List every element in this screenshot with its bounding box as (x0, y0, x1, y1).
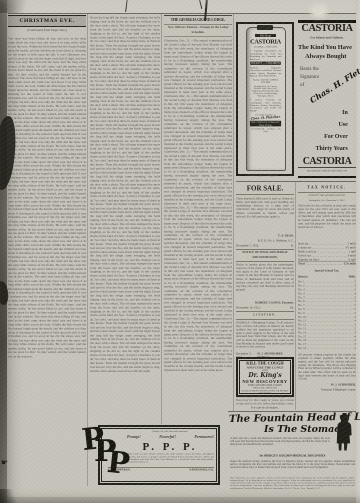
table-row: No. 7...................................… (298, 303, 356, 307)
col4-extra: If you have never used Dr. King's New Di… (236, 395, 294, 412)
castoria-kind-line1: The Kind You Have (298, 44, 356, 53)
body-text: The snow had been falling all day, and n… (8, 37, 86, 359)
bottle-caption: Exact Copy of Wrapper. (236, 174, 290, 180)
mills-header: Mills. (349, 275, 356, 279)
castoria-brand: CASTORIA (298, 23, 356, 34)
label-drops: 900 Drops (255, 34, 276, 37)
dr-kings-brand: Dr. King's (240, 372, 290, 379)
tax-dateline-text: Springfield, Ga., December 2, 1912. (298, 199, 356, 202)
for-sale-section: FOR SALE. Three hundred (300) acres of l… (236, 184, 294, 250)
fountain-ad: The Fountain Head of Life Is The Stomach… (228, 413, 357, 500)
tax-signature-title: Treasurer Effingham County. (298, 388, 356, 393)
body-text: Charleston, Dec. 11.—The annual communic… (164, 39, 232, 372)
bottle-cap (257, 25, 273, 30)
discharge-heading-line2: AND DISMISSION. (236, 255, 294, 260)
dr-kings-ad: KILL THE COUGH AND CURE THE LUNGS WITH D… (236, 357, 294, 397)
district-header: District. (298, 275, 308, 279)
citation-heading-text: CITATION. (236, 312, 294, 318)
school-tax-heading-text: Special School Tax. (298, 269, 356, 273)
in-use-line: For Over (298, 131, 348, 143)
table-row: No. 5...................................… (298, 295, 356, 299)
bears-text: Bears the (300, 65, 334, 73)
continued-line: (Continued from Page Two.) (8, 28, 86, 35)
tax-notice-section: TAX NOTICE. COUNTY TREASURER'S OFFICE, S… (298, 184, 356, 393)
label-infants: INFANTS — CHILDREN (250, 62, 281, 65)
fountain-intro-text: A man who has a weak and impaired stomac… (230, 437, 330, 446)
table-row: No. 3...................................… (298, 287, 356, 291)
article-body-col2: Down the long hill the sleigh came swing… (90, 16, 160, 423)
for-sale-times: 4t. (291, 244, 294, 248)
tax-body-text: The books for the collection of state an… (298, 204, 356, 229)
top-rule (8, 13, 356, 14)
castoria-tagline: For Infants and Children. (298, 36, 356, 42)
table-row: No. 6...................................… (298, 299, 356, 303)
article-body-col1: The snow had been falling all day, and n… (8, 37, 86, 485)
column-rule-4 (295, 182, 296, 410)
body-text: Down the long hill the sleigh came swing… (90, 16, 160, 373)
table-row: No. 15..................................… (298, 334, 356, 338)
tax-levy-rows: State tax...............................… (298, 242, 356, 262)
in-use-line: In (298, 107, 348, 119)
news-body: Charleston, Dec. 11.—The annual communic… (164, 39, 232, 424)
for-sale-signature-text: T. A. DEAN, (236, 234, 294, 238)
school-tax-table: No. 1...................................… (298, 280, 356, 351)
column-rule-2 (161, 14, 162, 424)
in-use-line: Thirty Years (298, 143, 348, 155)
label-list: Pumpkin Seed, Alx. Senna, Rochelle Salts… (251, 85, 280, 97)
headline-text: CHRISTMAS EVE. (8, 16, 86, 25)
news-headline-text: THE GEORGIA GRAND LODGE. (164, 16, 232, 23)
discharge-date: November 14, 1912. (236, 306, 261, 310)
ads-separator-rule (236, 181, 356, 182)
table-row: No. 16..................................… (298, 338, 356, 342)
citation-body: GEORGIA—Effingham County. To all whom it… (236, 321, 294, 352)
for-sale-heading-text: FOR SALE. (236, 184, 294, 193)
tax-total-label: Total (298, 262, 305, 266)
ppp-monogram: P P P (82, 426, 134, 486)
fountain-body2: makes the stomach strong, promotes the f… (230, 460, 355, 475)
castoria-brand-bottom: CASTORIA (298, 156, 356, 168)
column-3: THE GEORGIA GRAND LODGE. New Officers El… (164, 15, 232, 423)
castoria-text-ad: CASTORIA For Infants and Children. The K… (298, 15, 356, 181)
tax-signature-text: W. J. SCHRODER, (298, 383, 356, 387)
pointing-hand-icon: ☛ (1, 458, 8, 467)
citation-section: CITATION. GEORGIA—Effingham County. To a… (236, 311, 294, 358)
news-headline: THE GEORGIA GRAND LODGE. (164, 15, 232, 25)
table-row: No. 2...................................… (298, 283, 356, 287)
label-remedy: A perfect Remedy for Constipation, Sour … (250, 98, 282, 112)
fountain-body3-text: This 'Discovery' is a pure, glyceric ext… (230, 477, 355, 489)
label-veg: A Vegetable Preparation for Assimilating… (250, 49, 282, 60)
castoria-bottom-rule (298, 176, 356, 178)
dr-kings-guarantee: GUARANTEED SATISFACTORY OR MONEY REFUNDE… (240, 390, 290, 393)
col4-dealer-line: For sale by all dealers. (236, 406, 294, 410)
tax-body: The books for the collection of state an… (298, 204, 356, 242)
castoria-kind-line2: Always Bought (305, 53, 356, 62)
top-margin (0, 0, 360, 13)
for-sale-address-text: R. F. D. No. 1, Meldrim, S. C. (236, 239, 294, 243)
table-row: No. 8...................................… (298, 307, 356, 311)
ppp-word-powerful: Powerful! (159, 435, 176, 440)
continued-text: (Continued from Page Two.) (8, 28, 86, 32)
man-silhouette (332, 413, 356, 451)
corner-smudge (0, 0, 34, 13)
col4-extra-body: If you have never used Dr. King's New Di… (236, 395, 294, 405)
article-headline: CHRISTMAS EVE. (8, 15, 86, 27)
fountain-body2-text: makes the stomach strong, promotes the f… (230, 460, 355, 469)
newspaper-page: CHRISTMAS EVE. (Continued from Page Two.… (0, 0, 360, 503)
for-sale-date: November 7, 1912. (236, 244, 259, 248)
column-rule-1 (87, 14, 88, 486)
label-company: THE CENTAUR COMPANY, NEW YORK. (250, 121, 281, 127)
white-spot (313, 6, 325, 15)
for-sale-heading: FOR SALE. (236, 184, 294, 195)
left-page-edge (0, 0, 7, 503)
column-1: CHRISTMAS EVE. (Continued from Page Two.… (8, 15, 86, 485)
tax-levy-table: State tax...............................… (298, 242, 356, 268)
tax-heading: TAX NOTICE. (298, 184, 356, 193)
discharge-heading: NOTICE OF FINAL DISCHARGE AND DISMISSION… (236, 249, 294, 262)
citation-heading: CITATION. (236, 311, 294, 320)
fountain-intro: A man who has a weak and impaired stomac… (230, 437, 330, 452)
tax-closing: All persons owning property in the count… (298, 353, 356, 383)
district-rows: No. 1...................................… (298, 280, 356, 350)
column-rule-3 (233, 14, 234, 412)
fountain-product-text: Dr. PIERCE'S GOLDEN MEDICAL DISCOVERY (228, 454, 357, 458)
fountain-body3: This 'Discovery' is a pure, glyceric ext… (230, 477, 355, 498)
tax-heading-text: TAX NOTICE. (298, 184, 356, 191)
castoria-bottle-ad: 900 Drops CASTORIA ALCOHOL—3 PER CENT. A… (236, 22, 294, 176)
discharge-body: Notice is hereby given that the undersig… (236, 263, 294, 301)
table-row: No. 17..................................… (298, 342, 356, 346)
for-sale-body: Three hundred (300) acres of land on Joh… (236, 197, 294, 234)
label-age: At 6 months old — 35 Doses — 35 Cents (249, 128, 282, 133)
centaur-company-text: THE CENTAUR COMPANY, NEW YORK CITY. (298, 170, 356, 172)
bottle-caption-text: Exact Copy of Wrapper. (236, 174, 290, 177)
ppp-city: SAVANNAH, GA. (189, 468, 214, 472)
castoria-bottle: 900 Drops CASTORIA ALCOHOL—3 PER CENT. A… (246, 27, 286, 171)
label-promotes: Promotes Digestion, Cheerfulness and Res… (250, 66, 282, 77)
tax-dateline: Springfield, Ga., December 2, 1912. (298, 199, 356, 204)
in-use-block: In Use For Over Thirty Years (298, 107, 348, 163)
discharge-notice-section: NOTICE OF FINAL DISCHARGE AND DISMISSION… (236, 249, 294, 312)
kind-line1-text: The Kind You Have (298, 44, 356, 52)
tax-total-row: Total ..................................… (298, 262, 356, 266)
castoria-tagline-text: For Infants and Children. (298, 36, 356, 40)
table-row: No. 9...................................… (298, 311, 356, 315)
table-row: No. 13..................................… (298, 326, 356, 330)
fountain-product-line: Dr. PIERCE'S GOLDEN MEDICAL DISCOVERY (228, 454, 357, 459)
ppp-word-permanent: Permanent! (194, 435, 214, 440)
tax-total-value: 12¾ mills (344, 262, 356, 266)
ppp-brand: P. P. P. (122, 441, 218, 453)
bottom-left-smudge (0, 489, 17, 503)
in-use-line: Use (298, 119, 348, 131)
news-subhead-text: New Officers Elected—Change in the Lodge… (164, 25, 232, 35)
ppp-tagline: (Prickly Ash, Poke Root and Potassium.) (126, 430, 214, 433)
table-row: No. 18..................................… (298, 346, 356, 350)
tax-office-text: COUNTY TREASURER'S OFFICE, (298, 194, 356, 197)
signature-word: Signature (300, 73, 334, 81)
tax-closing-text: All persons owning property in the count… (298, 353, 356, 381)
table-row: No. 4...................................… (298, 291, 356, 295)
table-row: No. 1...................................… (298, 280, 356, 284)
ppp-monogram-letter: P (105, 445, 131, 482)
citation-body-text: GEORGIA—Effingham County. To all whom it… (236, 321, 294, 349)
table-row: No. 10..................................… (298, 315, 356, 319)
news-subhead: New Officers Elected—Change in the Lodge… (164, 25, 232, 37)
label-recipe: Recipe of Old Dr. SAMUEL PITCHER (249, 79, 282, 84)
discharge-times: 10t. (289, 306, 294, 310)
discharge-body-text: Notice is hereby given that the undersig… (236, 263, 294, 292)
tax-signature-title-text: Treasurer Effingham County. (298, 388, 356, 392)
leader-dots: ........................................… (305, 262, 342, 266)
centaur-company-line: THE CENTAUR COMPANY, NEW YORK CITY. (298, 170, 356, 174)
kind-line2-text: Always Bought (305, 53, 356, 61)
table-row: No. 11..................................… (298, 319, 356, 323)
table-row: No. 12..................................… (298, 322, 356, 326)
label-brand: CASTORIA (249, 38, 282, 45)
discharge-signature-text: ROBERT J. DAVIS, Executor. (236, 301, 294, 305)
label-alcohol: ALCOHOL—3 PER CENT. (249, 46, 282, 48)
for-sale-body-text: Three hundred (300) acres of land on Joh… (236, 197, 294, 219)
bottle-label: 900 Drops CASTORIA ALCOHOL—3 PER CENT. A… (249, 32, 282, 167)
column-2: Down the long hill the sleigh came swing… (90, 16, 160, 423)
table-row: No. 14..................................… (298, 330, 356, 334)
